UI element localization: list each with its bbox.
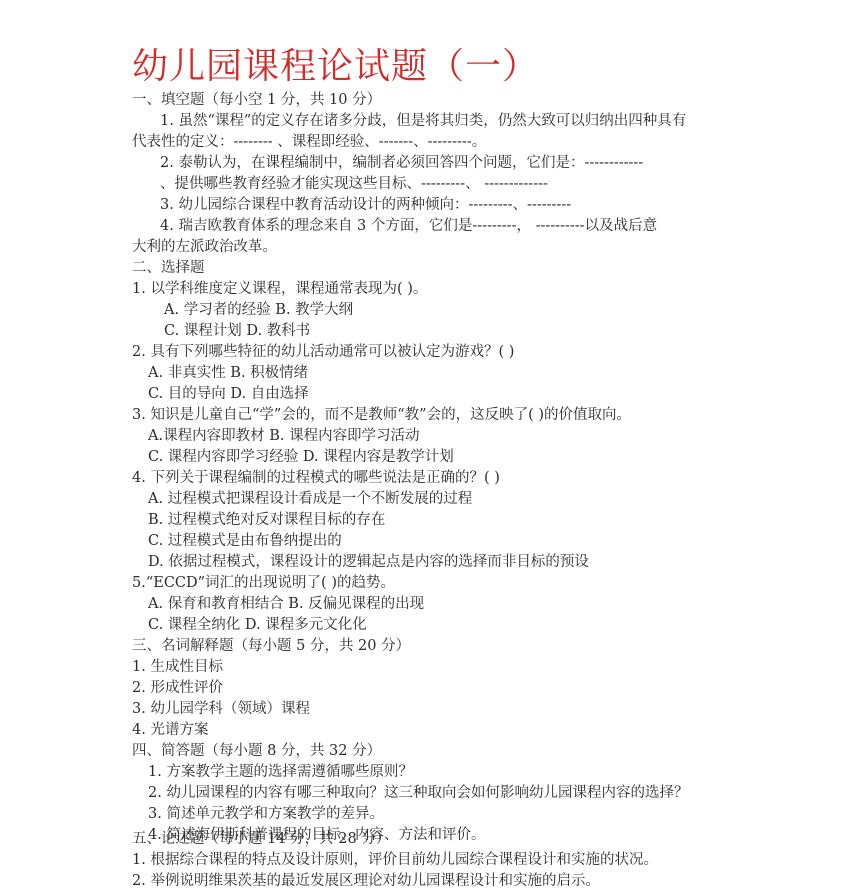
question-text: 2. 具有下列哪些特征的幼儿活动通常可以被认定为游戏？( ): [132, 342, 514, 362]
section-heading-term-definition: 三、名词解释题（每小题 5 分，共 20 分）: [132, 636, 410, 656]
list-item: 2. 举例说明维果茨基的最近发展区理论对幼儿园课程设计和实施的启示。: [132, 871, 600, 891]
choice-options: A. 学习者的经验 B. 教学大纲: [164, 300, 353, 320]
list-item: 3. 简述单元教学和方案教学的差异。: [148, 804, 384, 824]
section-heading-short-answer: 四、简答题（每小题 8 分，共 32 分）: [132, 741, 381, 761]
question-text: 4. 下列关于课程编制的过程模式的哪些说法是正确的？( ): [132, 468, 500, 488]
section-heading-fill-blank: 一、填空题（每小空 1 分，共 10 分）: [132, 90, 381, 110]
list-item: 1. 方案教学主题的选择需遵循哪些原则？: [148, 762, 413, 782]
exam-page: 幼儿园课程论试题（一） 一、填空题（每小空 1 分，共 10 分） 1. 虽然“…: [0, 0, 858, 891]
question-text: 4. 瑞吉欧教育体系的理念来自 3 个方面，它们是---------， ----…: [160, 216, 657, 236]
choice-options: C. 课程计划 D. 教科书: [164, 321, 310, 341]
choice-options: A.课程内容即教材 B. 课程内容即学习活动: [148, 426, 420, 446]
list-item: 1. 生成性目标: [132, 657, 223, 677]
list-item: 1. 根据综合课程的特点及设计原则，评价目前幼儿园综合课程设计和实施的状况。: [132, 850, 658, 870]
choice-option: C. 过程模式是由布鲁纳提出的: [148, 531, 342, 551]
choice-option: D. 依据过程模式，课程设计的逻辑起点是内容的选择而非目标的预设: [148, 552, 589, 572]
section-heading-essay: 五、论述题（每小题 14 分，共 28 分）: [132, 829, 390, 849]
question-text: 1. 以学科维度定义课程，课程通常表现为( )。: [132, 279, 427, 299]
choice-option: A. 过程模式把课程设计看成是一个不断发展的过程: [148, 489, 472, 509]
question-text: 3. 幼儿园综合课程中教育活动设计的两种倾向：---------、-------…: [160, 195, 571, 215]
choice-options: A. 非真实性 B. 积极情绪: [148, 363, 308, 383]
section-heading-multiple-choice: 二、选择题: [132, 258, 205, 278]
choice-options: C. 目的导向 D. 自由选择: [148, 384, 309, 404]
list-item: 3. 幼儿园学科（领域）课程: [132, 699, 310, 719]
list-item: 2. 形成性评价: [132, 678, 223, 698]
question-text: 代表性的定义：-------- 、课程即经验、-------、---------…: [132, 132, 486, 152]
choice-options: C. 课程全纳化 D. 课程多元文化化: [148, 615, 367, 635]
choice-option: B. 过程模式绝对反对课程目标的存在: [148, 510, 385, 530]
choice-options: A. 保育和教育相结合 B. 反偏见课程的出现: [148, 594, 424, 614]
page-title: 幼儿园课程论试题（一）: [132, 46, 539, 88]
question-text: 3. 知识是儿童自己“学”会的，而不是教师“教”会的，这反映了( )的价值取向。: [132, 405, 631, 425]
list-item: 2. 幼儿园课程的内容有哪三种取向？这三种取向会如何影响幼儿园课程内容的选择？: [148, 783, 688, 803]
question-text: 2. 泰勒认为，在课程编制中，编制者必须回答四个问题，它们是：---------…: [160, 153, 643, 173]
question-text: 5.“ECCD”词汇的出现说明了( )的趋势。: [132, 573, 395, 593]
question-text: 1. 虽然“课程”的定义存在诸多分歧，但是将其归类，仍然大致可以归纳出四种具有: [160, 111, 686, 131]
question-text: 、提供哪些教育经验才能实现这些目标、---------、 -----------…: [160, 174, 548, 194]
list-item: 4. 光谱方案: [132, 720, 208, 740]
question-text: 大利的左派政治改革。: [132, 237, 277, 257]
choice-options: C. 课程内容即学习经验 D. 课程内容是教学计划: [148, 447, 454, 467]
